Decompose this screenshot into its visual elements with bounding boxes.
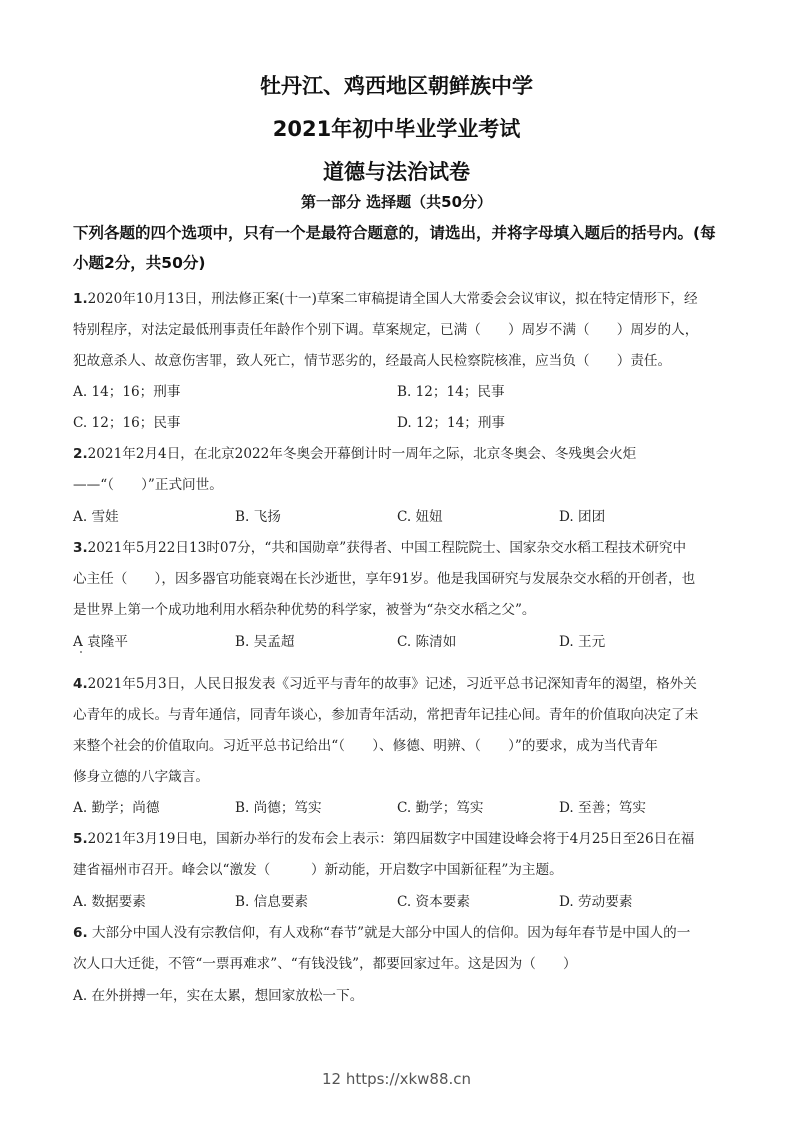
question-line: 特别程序，对法定最低刑事责任年龄作个别下调。草案规定，已满（ ）周岁不满（ ）周… bbox=[73, 318, 733, 338]
subject-title: 道德与法治试卷 bbox=[0, 156, 793, 186]
stray-mark bbox=[80, 651, 82, 653]
option-d: D. 至善；笃实 bbox=[559, 796, 646, 816]
section-title: 第一部分 选择题（共50分） bbox=[0, 191, 793, 212]
question-line: 心主任（ ），因多器官功能衰竭在长沙逝世，享年91岁。他是我国研究与发展杂交水稻… bbox=[73, 567, 733, 587]
footer-url[interactable]: https://xkw88.cn bbox=[346, 1070, 471, 1088]
question-line: 5.2021年3月19日电，国新办举行的发布会上表示：第四届数字中国建设峰会将于… bbox=[73, 827, 733, 847]
option-b: B. 飞扬 bbox=[235, 505, 281, 525]
question-number: 3. bbox=[73, 540, 88, 556]
question-line: 犯故意杀人、故意伤害罪，致人死亡，情节恶劣的，经最高人民检察院核准，应当负（ ）… bbox=[73, 349, 733, 369]
question-line: 3.2021年5月22日13时07分，“共和国勋章”获得者、中国工程院院士、国家… bbox=[73, 536, 733, 556]
option-d: D. 王元 bbox=[559, 630, 605, 650]
question-line: 是世界上第一个成功地利用水稻杂种优势的科学家，被誉为“杂交水稻之父”。 bbox=[73, 598, 733, 618]
question-line: 1.2020年10月13日，刑法修正案(十一)草案二审稿提请全国人大常委会会议审… bbox=[73, 287, 733, 307]
option-a: A. 在外拼搏一年，实在太累，想回家放松一下。 bbox=[73, 984, 363, 1004]
question-number: 4. bbox=[73, 676, 88, 692]
option-c: C. 12；16；民事 bbox=[73, 411, 181, 431]
option-b: B. 信息要素 bbox=[235, 890, 308, 910]
option-c: C. 妞妞 bbox=[397, 505, 443, 525]
option-b: B. 吴孟超 bbox=[235, 630, 294, 650]
school-title: 牡丹江、鸡西地区朝鲜族中学 bbox=[0, 70, 793, 100]
option-b: B. 12；14；民事 bbox=[397, 380, 505, 400]
exam-page: 牡丹江、鸡西地区朝鲜族中学 2021年初中毕业学业考试 道德与法治试卷 第一部分… bbox=[0, 0, 793, 1122]
exam-title: 2021年初中毕业学业考试 bbox=[0, 113, 793, 143]
question-number: 5. bbox=[73, 831, 88, 847]
option-a: A 袁隆平 bbox=[73, 630, 128, 650]
question-line: 心青年的成长。与青年通信，同青年谈心，参加青年活动，常把青年记挂心间。青年的价值… bbox=[73, 703, 733, 723]
question-line: 6. 大部分中国人没有宗教信仰，有人戏称“春节”就是大部分中国人的信仰。因为每年… bbox=[73, 921, 733, 941]
question-line: 修身立德的八字箴言。 bbox=[73, 765, 733, 785]
question-line: 建省福州市召开。峰会以“激发（ ）新动能，开启数字中国新征程”为主题。 bbox=[73, 858, 733, 878]
question-line: 4.2021年5月3日，人民日报发表《习近平与青年的故事》记述，习近平总书记深知… bbox=[73, 672, 733, 692]
option-a: A. 14；16；刑事 bbox=[73, 380, 180, 400]
option-a: A. 勤学；尚德 bbox=[73, 796, 159, 816]
option-d: D. 团团 bbox=[559, 505, 605, 525]
question-number: 6. bbox=[73, 925, 88, 941]
question-line: 次人口大迁徙，不管“一票再难求”、“有钱没钱”，都要回家过年。这是因为（ ） bbox=[73, 952, 733, 972]
option-b: B. 尚德；笃实 bbox=[235, 796, 322, 816]
question-line: ——“（ ）”正式问世。 bbox=[73, 473, 733, 493]
option-d: D. 劳动要素 bbox=[559, 890, 632, 910]
option-c: C. 资本要素 bbox=[397, 890, 470, 910]
option-c: C. 陈清如 bbox=[397, 630, 456, 650]
question-number: 1. bbox=[73, 291, 88, 307]
question-line: 来整个社会的价值取向。习近平总书记给出“（ ）、修德、明辨、（ ）”的要求，成为… bbox=[73, 734, 733, 754]
question-number: 2. bbox=[73, 446, 88, 462]
option-c: C. 勤学；笃实 bbox=[397, 796, 484, 816]
instructions: 下列各题的四个选项中，只有一个是最符合题意的，请选出，并将字母填入题后的括号内。… bbox=[73, 218, 723, 278]
page-footer: 12 https://xkw88.cn bbox=[0, 1070, 793, 1088]
page-number: 12 bbox=[322, 1070, 341, 1088]
option-d: D. 12；14；刑事 bbox=[397, 411, 505, 431]
option-a: A. 雪娃 bbox=[73, 505, 119, 525]
option-a: A. 数据要素 bbox=[73, 890, 146, 910]
question-line: 2.2021年2月4日，在北京2022年冬奥会开幕倒计时一周年之际，北京冬奥会、… bbox=[73, 442, 733, 462]
